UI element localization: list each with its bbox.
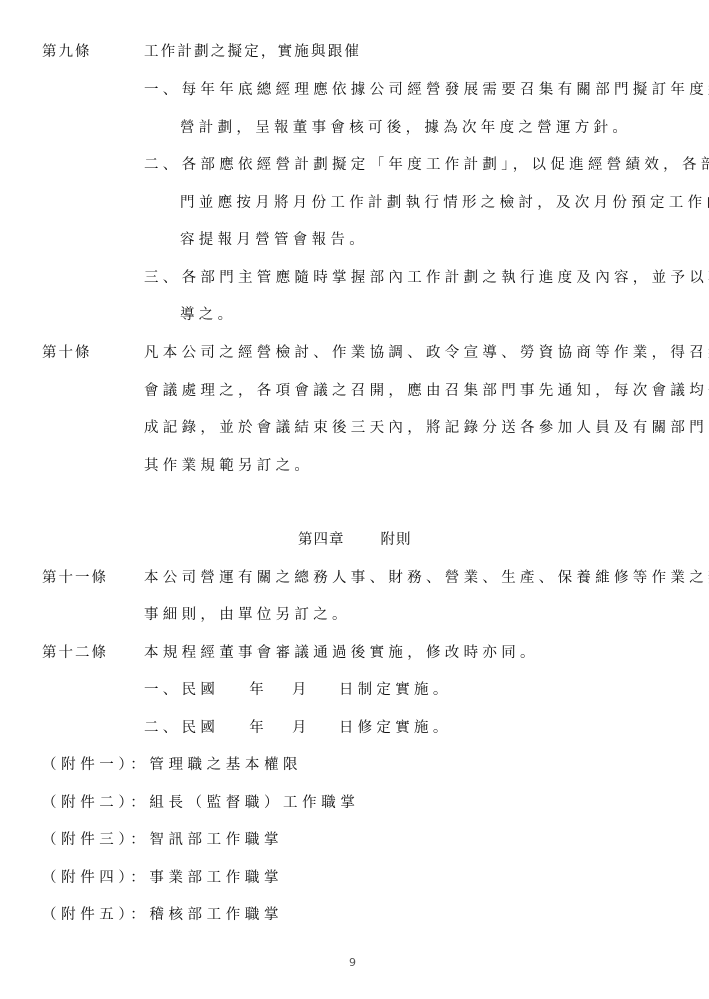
- chapter-title: 附則: [381, 532, 412, 548]
- article-11-label: 第十一條: [42, 568, 108, 588]
- date-prefix: 二、民國: [144, 720, 219, 736]
- amendment-date-line: 二、民國年月日修定實施。: [144, 718, 452, 738]
- article-9-item-2-line-3: 容提報月營管會報告。: [180, 230, 368, 250]
- attachment-3: （附件三）：智訊部工作職掌: [42, 830, 283, 850]
- article-10-line-2: 會議處理之，各項會議之召開，應由召集部門事先通知，每次會議均作: [144, 381, 709, 401]
- date-suffix: 日修定實施。: [339, 720, 452, 736]
- article-9-item-3-line-1: 三、各部門主管應隨時掌握部內工作計劃之執行進度及內容，並予以輔: [144, 268, 709, 288]
- article-10-line-1: 凡本公司之經營檢討、作業協調、政令宣導、勞資協商等作業，得召集: [144, 343, 709, 363]
- chapter-number: 第四章: [298, 532, 345, 548]
- article-12-text: 本規程經董事會審議通過後實施，修改時亦同。: [144, 643, 539, 663]
- enactment-date-line: 一、民國年月日制定實施。: [144, 680, 452, 700]
- article-9-item-2-line-1: 二、各部應依經營計劃擬定「年度工作計劃」，以促進經營績效，各部: [144, 155, 709, 175]
- article-9-item-2-line-2: 門並應按月將月份工作計劃執行情形之檢討，及次月份預定工作內: [180, 193, 709, 213]
- article-12-label: 第十二條: [42, 643, 108, 663]
- article-9-label: 第九條: [42, 42, 92, 62]
- attachment-1: （附件一）：管理職之基本權限: [42, 755, 302, 775]
- article-10-label: 第十條: [42, 343, 92, 363]
- chapter-heading: 第四章附則: [298, 530, 412, 550]
- date-suffix: 日制定實施。: [339, 682, 452, 698]
- date-prefix: 一、民國: [144, 682, 219, 698]
- document-page: 第九條 工作計劃之擬定，實施與跟催 一、每年年底總經理應依據公司經營發展需要召集…: [0, 0, 709, 999]
- date-year: 年: [249, 682, 268, 698]
- article-10-line-3: 成記錄，並於會議結束後三天內，將記錄分送各參加人員及有關部門，: [144, 418, 709, 438]
- page-number: 9: [349, 956, 356, 969]
- attachment-5: （附件五）：稽核部工作職掌: [42, 905, 283, 925]
- attachment-2: （附件二）：組長（監督職）工作職掌: [42, 793, 359, 813]
- date-month: 月: [292, 720, 311, 736]
- article-11-line-2: 事細則，由單位另訂之。: [144, 605, 351, 625]
- article-10-line-4: 其作業規範另訂之。: [144, 456, 313, 476]
- attachment-4: （附件四）：事業部工作職掌: [42, 868, 283, 888]
- date-month: 月: [292, 682, 311, 698]
- article-9-item-3-line-2: 導之。: [180, 305, 236, 325]
- article-9-title: 工作計劃之擬定，實施與跟催: [144, 42, 361, 62]
- article-9-item-1-line-2: 營計劃，呈報董事會核可後，據為次年度之營運方針。: [180, 118, 631, 138]
- article-9-item-1-line-1: 一、每年年底總經理應依據公司經營發展需要召集有關部門擬訂年度經: [144, 80, 709, 100]
- article-11-line-1: 本公司營運有關之總務人事、財務、營業、生產、保養維修等作業之辦: [144, 568, 709, 588]
- date-year: 年: [249, 720, 268, 736]
